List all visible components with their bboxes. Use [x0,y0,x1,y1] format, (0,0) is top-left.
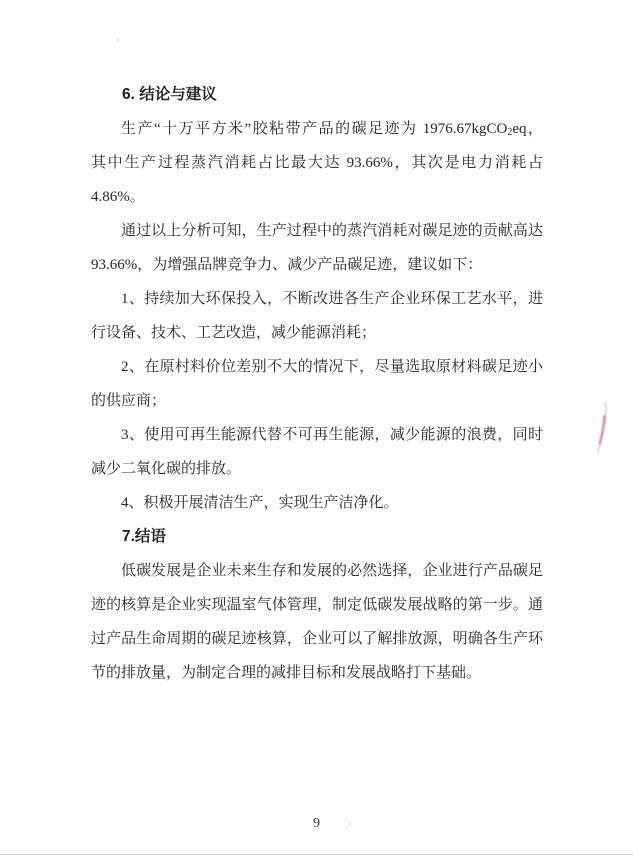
scanned-document-page: 6. 结论与建议 生产“十万平方米”胶粘带产品的碳足迹为 1976.67kgCO… [0,0,633,859]
section-heading-7: 7.结语 [91,520,543,554]
paragraph-line: 低碳发展是企业未来生存和发展的必然选择，企业进行产品碳足 [91,554,543,588]
paragraph-line: 过产品生命周期的碳足迹核算，企业可以了解排放源，明确各生产环 [91,622,543,656]
recommendation-item-4: 4、积极开展清洁生产，实现生产洁净化。 [91,486,543,520]
recommendation-item-1-cont: 行设备、技术、工艺改造，减少能源消耗； [91,316,543,350]
recommendation-item-2: 2、在原村料价位差别不大的情况下，尽量选取原材料碳足迹小 [91,350,543,384]
recommendation-item-3: 3、使用可再生能源代替不可再生能源，减少能源的浪费，同时 [91,418,543,452]
paragraph-line: 迹的核算是企业实现温室气体管理，制定低碳发展战略的第一步。通 [91,588,543,622]
paragraph-line: 生产“十万平方米”胶粘带产品的碳足迹为 1976.67kgCO2eq， [91,112,543,146]
recommendation-item-2-cont: 的供应商； [91,384,543,418]
paragraph-text: 生产“十万平方米”胶粘带产品的碳足迹为 1976.67kgCO [121,121,507,137]
paragraph-line: 通过以上分析可知，生产过程中的蒸汽消耗对碳足迹的贡献高达 [91,214,543,248]
scan-speck [117,39,119,41]
pink-pen-mark-artifact [594,401,610,453]
paragraph-line: 其中生产过程蒸汽消耗占比最大达 93.66%，其次是电力消耗占 [91,146,543,180]
document-body: 6. 结论与建议 生产“十万平方米”胶粘带产品的碳足迹为 1976.67kgCO… [91,78,543,690]
paragraph-line: 93.66%，为增强品牌竞争力、减少产品碳足迹，建议如下： [91,248,543,282]
recommendation-item-1: 1、持续加大环保投入，不断改进各生产企业环保工艺水平，进 [91,282,543,316]
recommendation-item-3-cont: 减少二氧化碳的排放。 [91,452,543,486]
section-heading-6: 6. 结论与建议 [91,78,543,112]
scan-speck [348,823,351,825]
paragraph-line: 节的排放量，为制定合理的减排目标和发展战略打下基础。 [91,656,543,690]
page-number: 9 [0,816,633,832]
paragraph-text: eq， [512,121,543,137]
scan-bottom-edge-line [0,854,633,855]
paragraph-line: 4.86%。 [91,180,543,214]
